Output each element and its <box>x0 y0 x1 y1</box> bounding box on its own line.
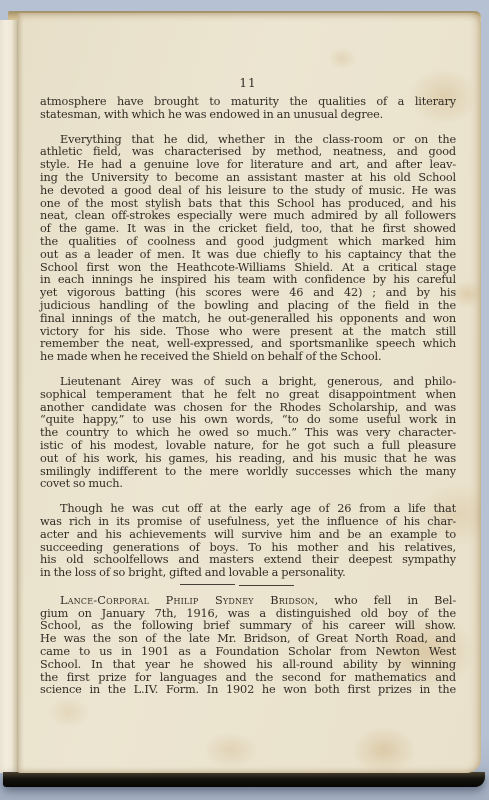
underlying-page-edge <box>0 20 19 773</box>
text-line: statesman, with which he was endowed in … <box>40 109 456 122</box>
text-line: judicious handling of the bowling and pl… <box>40 300 456 313</box>
text-line: out as a leader of men. It was due chief… <box>40 249 456 262</box>
text-line: final innings of the match, he out-gener… <box>40 313 456 326</box>
text-line: Lieutenant Airey was of such a bright, g… <box>40 376 456 389</box>
text-line: ing the University to become an assistan… <box>40 172 456 185</box>
text-line: he devoted a good deal of his leisure to… <box>40 185 456 198</box>
text-line: out of his work, his games, his reading,… <box>40 453 456 466</box>
text-line: came to us in 1901 as a Foundation Schol… <box>40 646 456 659</box>
text-line: in the loss of so bright, gifted and lov… <box>40 567 456 580</box>
text-line: sophical temperament that he felt no gre… <box>40 389 456 402</box>
book-page: 11 atmosphere have brought to maturity t… <box>18 13 481 773</box>
section-divider <box>180 584 296 587</box>
text-line: he made when he received the Shield on b… <box>40 351 456 364</box>
page-number: 11 <box>40 76 456 91</box>
divider-segment <box>239 585 294 586</box>
text-line: was rich in its promise of usefulness, y… <box>40 516 456 529</box>
text-line: Though he was cut off at the early age o… <box>40 503 456 516</box>
divider-segment <box>180 584 235 585</box>
text-line: istic of his modest, lovable nature, for… <box>40 440 456 453</box>
text-line: acter and his achievements will survive … <box>40 529 456 542</box>
text-line: science in the L.IV. Form. In 1902 he wo… <box>40 684 456 697</box>
text-line: atmosphere have brought to maturity the … <box>40 96 456 109</box>
text-line: covet so much. <box>40 478 456 491</box>
paragraph: Lance-Corporal Philip Sydney Bridson, wh… <box>40 595 456 697</box>
text-line: the qualities of coolness and good judgm… <box>40 236 456 249</box>
paragraph: Though he was cut off at the early age o… <box>40 503 456 580</box>
text-line: Lance-Corporal Philip Sydney Bridson, wh… <box>40 595 456 608</box>
page-text: atmosphere have brought to maturity the … <box>40 96 456 697</box>
book-cover-edge <box>3 772 485 787</box>
text-line: the country to which he owed so much.” T… <box>40 427 456 440</box>
paragraph: atmosphere have brought to maturity the … <box>40 96 456 122</box>
paragraph: Lieutenant Airey was of such a bright, g… <box>40 376 456 491</box>
paragraph: Everything that he did, whether in the c… <box>40 134 456 364</box>
small-caps-name: Lance-Corporal Philip Sydney Bridson <box>60 594 315 607</box>
text-line: School. In that year he showed his all-r… <box>40 659 456 672</box>
scanned-book-photo: 11 atmosphere have brought to maturity t… <box>0 0 489 800</box>
